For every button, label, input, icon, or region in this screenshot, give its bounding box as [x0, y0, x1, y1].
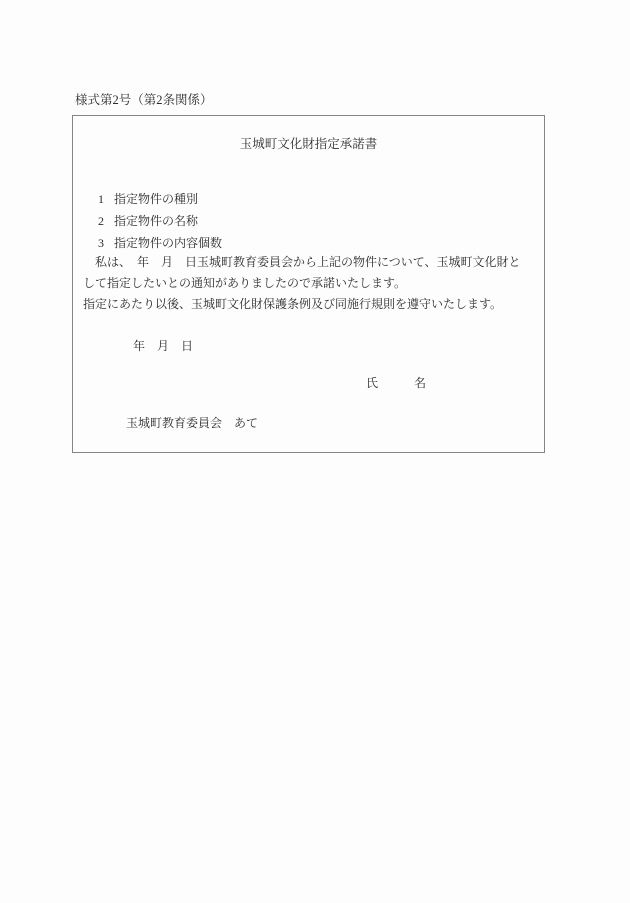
- body-paragraph-line-3: 指定にあたり以後、玉城町文化財保護条例及び同施行規則を遵守いたします。: [83, 296, 502, 312]
- list-item-3-number: 3: [98, 235, 104, 251]
- body-paragraph-line-1: 私は、 年 月 日玉城町教育委員会から上記の物件について、玉城町文化財と: [83, 254, 521, 270]
- document-page: 様式第2号（第2条関係） 玉城町文化財指定承諾書 1指定物件の種別 2指定物件の…: [0, 0, 630, 903]
- list-item-3-label: 指定物件の内容個数: [114, 236, 222, 250]
- form-number-label: 様式第2号（第2条関係）: [75, 92, 213, 108]
- document-title: 玉城町文化財指定承諾書: [73, 136, 544, 152]
- body-paragraph-line-2: して指定したいとの通知がありましたので承諾いたします。: [83, 275, 406, 291]
- name-field-label: 氏 名: [366, 375, 426, 391]
- date-blank-line: 年 月 日: [133, 338, 193, 354]
- addressee-line: 玉城町教育委員会 あて: [126, 415, 258, 431]
- consent-form-box: 玉城町文化財指定承諾書 1指定物件の種別 2指定物件の名称 3指定物件の内容個数…: [72, 115, 545, 453]
